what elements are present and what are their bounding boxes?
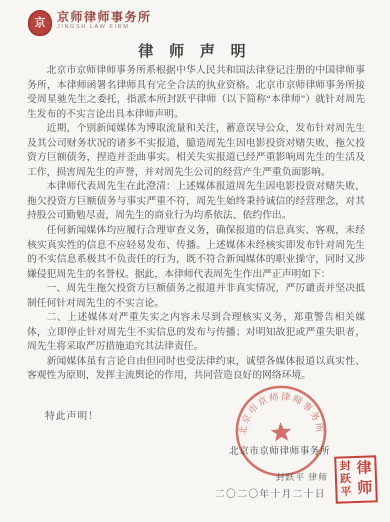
document-title: 律 师 声 明 — [0, 40, 390, 61]
firm-logo: 京 京师律师事务所 JINGSH LAW FIRM — [28, 10, 152, 36]
lawyer-square-seal: 封跃平 律师 — [334, 455, 378, 503]
official-round-stamp: 北京市京师律师事务所 — [229, 379, 334, 484]
statement-item-1: 一、周先生拖欠投资方巨额债务之报道并非真实情况，严厉谴责并坚决抵制任何针对周先生… — [27, 282, 365, 311]
firm-name-english: JINGSH LAW FIRM — [57, 24, 152, 31]
signature-firm-name: 北京市京师律师事务所 — [229, 443, 330, 457]
seal-char: 平 — [340, 487, 351, 498]
paragraph-media-duty: 任何新闻媒体均应履行合理审查义务，确保报道的信息真实、客观，未经核实真实性的信息… — [27, 224, 365, 282]
paragraph-intro: 北京市京师律师事务所系根据中华人民共和国法律登记注册的中国律师事务所，本律师函署… — [27, 64, 365, 122]
seal-lawyer-name-column: 封跃平 — [336, 458, 355, 502]
seal-char: 师 — [357, 481, 373, 497]
firm-name-chinese: 京师律师事务所 — [57, 11, 152, 24]
lawyer-statement-document: 京 京师律师事务所 JINGSH LAW FIRM 律 师 声 明 北京市京师律… — [0, 0, 390, 522]
statement-item-2: 二、上述媒体对严重失实之内容未尽到合理核实义务，郑重警告相关媒体，立即停止针对周… — [27, 311, 365, 355]
seal-char: 跃 — [340, 474, 351, 485]
statement-body: 北京市京师律师事务所系根据中华人民共和国法律登记注册的中国律师事务所，本律师函署… — [27, 64, 365, 384]
closing-line: 特此声明！ — [45, 408, 99, 422]
firm-logo-text: 京师律师事务所 JINGSH LAW FIRM — [57, 11, 152, 31]
paragraph-clarification: 本律师代表周先生在此澄清：上述媒体报道周先生因电影投资对赌失败，拖欠投资方巨额债… — [27, 180, 365, 224]
seal-char: 律 — [356, 462, 372, 478]
firm-seal-icon: 京 — [28, 10, 52, 36]
seal-title-column: 律师 — [353, 457, 375, 501]
signature-date: 二〇二〇年十月二十日 — [215, 486, 326, 500]
stamp-star-icon — [270, 421, 292, 441]
paragraph-background: 近期，个别新闻媒体为博取流量和关注，蓄意误导公众，发布针对周先生及其公司财务状况… — [27, 122, 365, 180]
seal-char: 封 — [339, 461, 350, 472]
signature-lawyer-name: 封跃平 律师 — [276, 470, 328, 483]
